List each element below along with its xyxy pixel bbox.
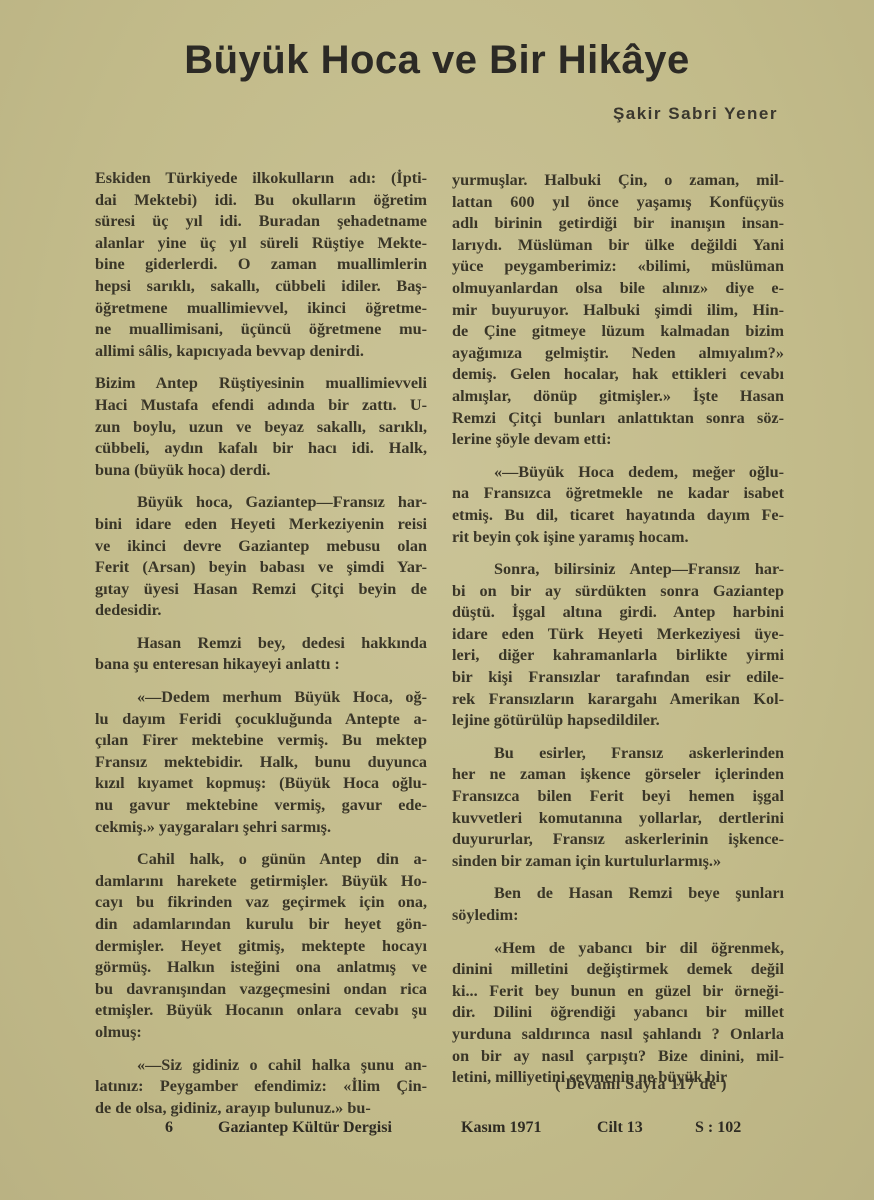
text-line: Hasan Remzi bey, dedesi hakkında (95, 633, 427, 655)
text-line: çılan Firer mektebine vermiş. Bu mektep (95, 730, 427, 752)
text-line: idare eden Türk Heyeti Merkeziyesi üye- (452, 624, 784, 646)
text-line: Sonra, bilirsiniz Antep—Fransız har- (452, 559, 784, 581)
text-line: Fransızca bilen Ferit beyi hemen işgal (452, 786, 784, 808)
text-line: rek Fransızların karargahı Amerikan Kol- (452, 689, 784, 711)
text-line: zun boylu, uzun ve beyaz sakallı, sarıkl… (95, 417, 427, 439)
text-line: bine giderlerdi. O zaman muallimlerin (95, 254, 427, 276)
text-line: olmuş: (95, 1022, 427, 1044)
text-line: öğretmene muallimievvel, ikinci öğretme- (95, 298, 427, 320)
text-line: alanlar yine üç yıl süreli Rüştiye Mekte… (95, 233, 427, 255)
text-line: gıtay üyesi Hasan Remzi Çitçi beyin de (95, 579, 427, 601)
text-line: bu davranışından vazgeçmesini ondan rica (95, 979, 427, 1001)
text-line: hepsi sarıklı, sakallı, cübbeli idiler. … (95, 276, 427, 298)
continued-note: ( Devamı Sayfa 117 de ) (555, 1076, 727, 1094)
text-line: etmiş. Bu dil, ticaret hayatında dayım F… (452, 505, 784, 527)
text-line: rit beyin çok işine yaramış hocam. (452, 527, 784, 549)
article-author: Şakir Sabri Yener (613, 104, 778, 124)
text-line: Cahil halk, o günün Antep din a- (95, 849, 427, 871)
paragraph: Bu esirler, Fransız askerlerindenher ne … (452, 743, 784, 873)
text-line: bana şu enteresan hikayeyi anlattı : (95, 654, 427, 676)
text-line: her ne zaman işkence görseler içlerinden (452, 764, 784, 786)
text-line: Eskiden Türkiyede ilkokulların adı: (İpt… (95, 168, 427, 190)
text-line: Bu esirler, Fransız askerlerinden (452, 743, 784, 765)
left-column: Eskiden Türkiyede ilkokulların adı: (İpt… (95, 168, 427, 1130)
text-line: dir. Dilini öğrendiği yabancı bir millet (452, 1002, 784, 1024)
text-line: «—Siz gidiniz o cahil halka şunu an- (95, 1055, 427, 1077)
paragraph: «Hem de yabancı bir dil öğrenmek,dinini … (452, 938, 784, 1089)
paragraph: Büyük hoca, Gaziantep—Fransız har-bini i… (95, 492, 427, 622)
paragraph: Eskiden Türkiyede ilkokulların adı: (İpt… (95, 168, 427, 362)
text-line: görmüş. Halkın isteğini ona anlatmış ve (95, 957, 427, 979)
text-line: lu dayım Feridi çocukluğunda Antepte a- (95, 709, 427, 731)
text-line: larıydı. Müslüman bir ülke değildi Yani (452, 235, 784, 257)
text-line: yurduna saldırınca nasıl şahlandı ? Onla… (452, 1024, 784, 1046)
text-line: ve ikinci devre Gaziantep mebusu olan (95, 536, 427, 558)
text-line: leri, diğer kahramanlarla birlikte yirmi (452, 645, 784, 667)
text-line: latınız: Peygamber efendimiz: «İlim Çin- (95, 1076, 427, 1098)
text-line: Büyük hoca, Gaziantep—Fransız har- (95, 492, 427, 514)
text-line: Ferit (Arsan) beyin babası ve şimdi Yar- (95, 557, 427, 579)
text-line: Fransız mektebidir. Halk, bunu duyunca (95, 752, 427, 774)
right-column: yurmuşlar. Halbuki Çin, o zaman, mil-lat… (452, 170, 784, 1100)
text-line: bini idare eden Heyeti Merkeziyenin reis… (95, 514, 427, 536)
text-line: duyururlar, Fransız askerlerinin işkence… (452, 829, 784, 851)
text-line: din adamlarından kurulu bir heyet gön- (95, 914, 427, 936)
text-line: lejine götürülüp hapsedildiler. (452, 710, 784, 732)
text-line: demiş. Gelen hocalar, hak ettikleri ceva… (452, 364, 784, 386)
article-title: Büyük Hoca ve Bir Hikâye (0, 38, 874, 83)
text-line: dinini milletini değiştirmek demek değil (452, 959, 784, 981)
text-line: dai Mektebi) idi. Bu okulların öğretim (95, 190, 427, 212)
text-line: «—Dedem merhum Büyük Hoca, oğ- (95, 687, 427, 709)
paragraph: yurmuşlar. Halbuki Çin, o zaman, mil-lat… (452, 170, 784, 451)
text-line: dedesidir. (95, 600, 427, 622)
text-line: adlı birinin getirdiği bir inanışın insa… (452, 213, 784, 235)
text-line: damlarını harekete getirmişler. Büyük Ho… (95, 871, 427, 893)
text-line: de Çine gitmeye lüzum kalmadan bizim (452, 321, 784, 343)
paragraph: Bizim Antep Rüştiyesinin muallimievveliH… (95, 373, 427, 481)
text-line: lattan 600 yıl önce yaşamış Konfüçyüs (452, 192, 784, 214)
text-line: sinden bir zaman için kurtulurlarmış.» (452, 851, 784, 873)
text-line: yurmuşlar. Halbuki Çin, o zaman, mil- (452, 170, 784, 192)
text-line: nu gavur mektebine vermiş, gavur ede- (95, 795, 427, 817)
text-line: Ben de Hasan Remzi beye şunları (452, 883, 784, 905)
text-line: cübbeli, aydın kafalı bir hacı idi. Halk… (95, 438, 427, 460)
text-line: düştü. İşgal altına girdi. Antep harbini (452, 602, 784, 624)
page-number: 6 (165, 1119, 173, 1137)
text-line: Haci Mustafa efendi adında bir zattı. U- (95, 395, 427, 417)
journal-name: Gaziantep Kültür Dergisi (218, 1119, 392, 1137)
text-line: «—Büyük Hoca dedem, meğer oğlu- (452, 462, 784, 484)
text-line: ne muallimisani, üçüncü öğretmene mu- (95, 319, 427, 341)
text-line: «Hem de yabancı bir dil öğrenmek, (452, 938, 784, 960)
text-line: na Fransızca öğretmekle ne kadar isabet (452, 483, 784, 505)
text-line: lerine şöyle devam etti: (452, 429, 784, 451)
text-line: cayı bu fikrinden vaz geçirmek için ona, (95, 892, 427, 914)
issue-number: S : 102 (695, 1119, 741, 1137)
text-line: kuvvetleri komutanına yollarlar, dertler… (452, 808, 784, 830)
text-line: on bir ay nasıl çarpıştı? Bize dinini, m… (452, 1046, 784, 1068)
text-line: etmişler. Büyük Hocanın onlara cevabı şu (95, 1000, 427, 1022)
text-line: de de olsa, gidiniz, arayıp bulunuz.» bu… (95, 1098, 427, 1120)
text-line: ki... Ferit bey bunun en güzel bir örneğ… (452, 981, 784, 1003)
paragraph: Cahil halk, o günün Antep din a-damların… (95, 849, 427, 1043)
text-line: söyledim: (452, 905, 784, 927)
text-line: Bizim Antep Rüştiyesinin muallimievveli (95, 373, 427, 395)
volume: Cilt 13 (597, 1119, 643, 1137)
text-line: yüce peygamberimiz: «bilimi, müslüman (452, 256, 784, 278)
text-line: cekmiş.» yaygaraları şehri sarmış. (95, 817, 427, 839)
issue-date: Kasım 1971 (461, 1119, 541, 1137)
text-line: almışlar, dönüp gitmişler.» İşte Hasan (452, 386, 784, 408)
text-line: kızıl kıyamet kopmuş: (Büyük Hoca oğlu- (95, 773, 427, 795)
paragraph: «—Dedem merhum Büyük Hoca, oğ-lu dayım F… (95, 687, 427, 838)
text-line: allimi sâlis, kapıcıyada bevvap denirdi. (95, 341, 427, 363)
paragraph: Ben de Hasan Remzi beye şunlarısöyledim: (452, 883, 784, 926)
text-line: ayağımıza gelmiştir. Neden almıyalım?» (452, 343, 784, 365)
paragraph: «—Büyük Hoca dedem, meğer oğlu-na Fransı… (452, 462, 784, 548)
paragraph: Sonra, bilirsiniz Antep—Fransız har-bi o… (452, 559, 784, 732)
text-line: olmuyanlardan olsa bile alınız» diye e- (452, 278, 784, 300)
text-line: Remzi Çitçi bunları anlattıktan sonra sö… (452, 408, 784, 430)
text-line: mir buyuruyor. Halbuki şimdi ilim, Hin- (452, 300, 784, 322)
paragraph: Hasan Remzi bey, dedesi hakkındabana şu … (95, 633, 427, 676)
text-line: bi on bir ay sürdükten sonra Gaziantep (452, 581, 784, 603)
paragraph: «—Siz gidiniz o cahil halka şunu an-latı… (95, 1055, 427, 1120)
text-line: dermişler. Heyet gitmiş, mektepte hocayı (95, 936, 427, 958)
text-line: buna (büyük hoca) derdi. (95, 460, 427, 482)
text-line: bir kişi Fransızlar tarafından esir edil… (452, 667, 784, 689)
text-line: süresi üç yıl idi. Buradan şehadetname (95, 211, 427, 233)
